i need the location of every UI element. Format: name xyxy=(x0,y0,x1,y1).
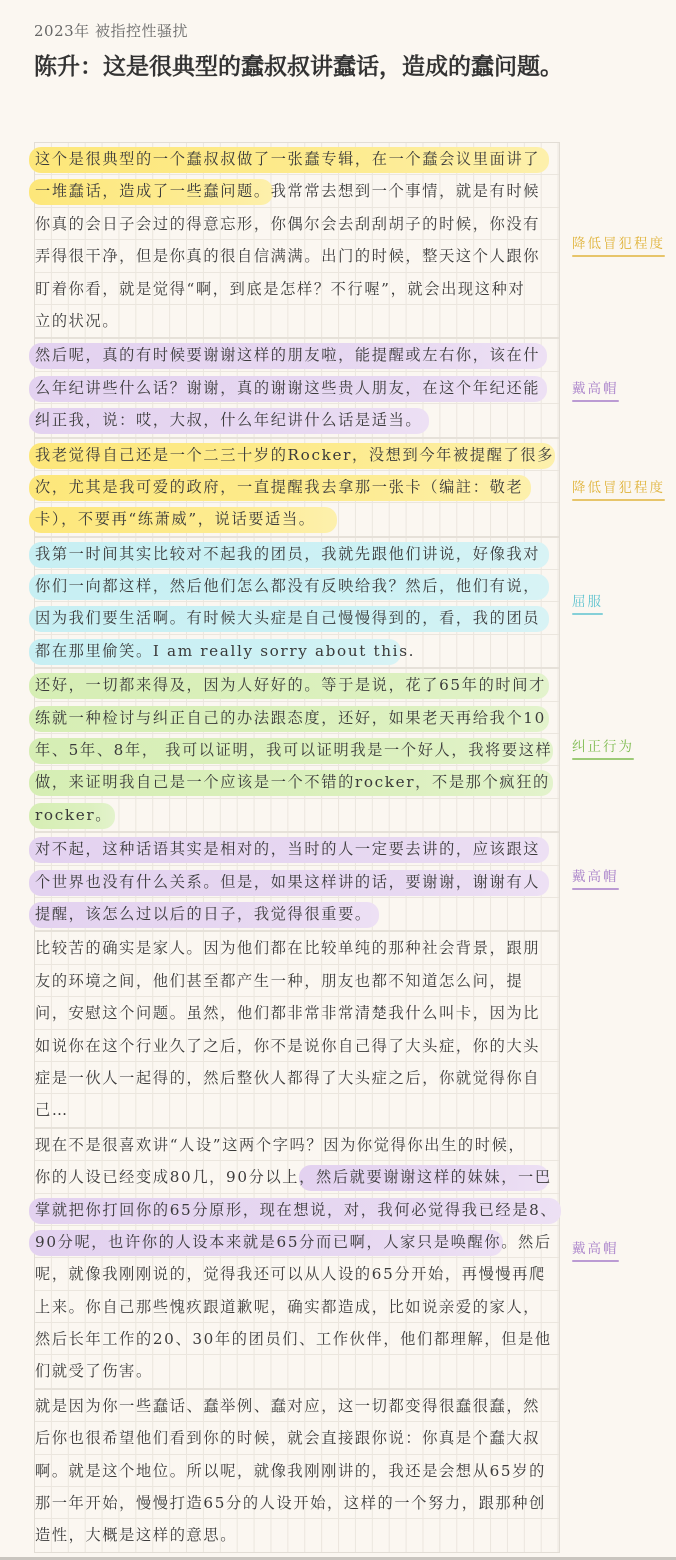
text-row: 一堆蠢话，造成了一些蠢问题。我常常去想到一个事情，就是有时候 xyxy=(35,175,559,207)
text-row: 这个是很典型的一个蠢叔叔做了一张蠢专辑，在一个蠢会议里面讲了 xyxy=(35,143,559,175)
paragraph-block: 这个是很典型的一个蠢叔叔做了一张蠢专辑，在一个蠢会议里面讲了一堆蠢话，造成了一些… xyxy=(35,143,559,339)
row-text: 弄得很干净，但是你真的很自信满满。出门的时候，整天这个人跟你 xyxy=(35,245,544,268)
row-text: 然后长年工作的20、30年的团员们、工作伙伴，他们都理解，但是他 xyxy=(35,1328,556,1351)
text-row: 卡），不要再“练萧威”，说话要适当。 xyxy=(35,503,559,535)
row-text: 练就一种检讨与纠正自己的办法跟态度，还好，如果老天再给我个10 xyxy=(35,707,550,730)
text-row: 造性，大概是这样的意思。 xyxy=(35,1519,559,1551)
row-text: 因为我们要生活啊。有时候大头症是自己慢慢得到的，看，我的团员 xyxy=(35,607,544,630)
row-text: 这个是很典型的一个蠢叔叔做了一张蠢专辑，在一个蠢会议里面讲了 xyxy=(35,148,544,171)
text-row: 纠正我，说：哎，大叔，什么年纪讲什么话是适当。 xyxy=(35,404,559,436)
text-row: rocker。 xyxy=(35,799,559,831)
text-row: 然后呢，真的有时候要谢谢这样的朋友啦，能提醒或左右你，该在什 xyxy=(35,339,559,371)
row-text: 造性，大概是这样的意思。 xyxy=(35,1524,241,1547)
manuscript-grid: 这个是很典型的一个蠢叔叔做了一张蠢专辑，在一个蠢会议里面讲了一堆蠢话，造成了一些… xyxy=(34,142,560,1553)
row-text: 后你也很希望他们看到你的时候，就会直接跟你说：你真是个蠢大叔 xyxy=(35,1427,544,1450)
text-row: 上来。你自己那些愧疚跟道歉呢，确实都造成，比如说亲爱的家人， xyxy=(35,1291,559,1323)
paragraph-block: 我老觉得自己还是一个二三十岁的Rocker，没想到今年被提醒了很多次，尤其是我可… xyxy=(35,439,559,538)
text-row: 然后长年工作的20、30年的团员们、工作伙伴，他们都理解，但是他 xyxy=(35,1323,559,1355)
text-row: 们就受了伤害。 xyxy=(35,1355,559,1387)
text-row: 都在那里偷笑。I am really sorry about this. xyxy=(35,635,559,667)
row-text: 做，来证明我自己是一个应该是一个不错的rocker，不是那个疯狂的 xyxy=(35,771,554,794)
annotation-tag: 降低冒犯程度 xyxy=(572,232,665,255)
text-row: 90分呢，也许你的人设本来就是65分而已啊，人家只是唤醒你。然后 xyxy=(35,1226,559,1258)
text-row: 啊。就是这个地位。所以呢，就像我刚刚讲的，我还是会想从65岁的 xyxy=(35,1455,559,1487)
row-text: 己… xyxy=(35,1099,73,1122)
paragraph-block: 我第一时间其实比较对不起我的团员，我就先跟他们讲说，好像我对你们一向都这样，然后… xyxy=(35,538,559,670)
text-row: 呢，就像我刚刚说的，觉得我还可以从人设的65分开始，再慢慢再爬 xyxy=(35,1258,559,1290)
text-row: 还好，一切都来得及，因为人好好的。等于是说，花了65年的时间才 xyxy=(35,669,559,701)
row-text: 症是一伙人一起得的，然后整伙人都得了大头症之后，你就觉得你自 xyxy=(35,1067,544,1090)
row-text: 我老觉得自己还是一个二三十岁的Rocker，没想到今年被提醒了很多 xyxy=(35,444,558,467)
row-text: 年、5年、8年， 我可以证明，我可以证明我是一个好人，我将要这样 xyxy=(35,739,556,762)
text-row: 友的环境之间，他们甚至都产生一种，朋友也都不知道怎么问，提 xyxy=(35,965,559,997)
row-text: 上来。你自己那些愧疚跟道歉呢，确实都造成，比如说亲爱的家人， xyxy=(35,1296,544,1319)
text-row: 现在不是很喜欢讲“人设”这两个字吗？因为你觉得你出生的时候， xyxy=(35,1129,559,1161)
row-text: 你真的会日子会过的得意忘形，你偶尔会去刮刮胡子的时候，你没有 xyxy=(35,213,544,236)
row-text: 卡），不要再“练萧威”，说话要适当。 xyxy=(35,508,320,531)
row-text: 纠正我，说：哎，大叔，什么年纪讲什么话是适当。 xyxy=(35,409,426,432)
row-text: 现在不是很喜欢讲“人设”这两个字吗？因为你觉得你出生的时候， xyxy=(35,1134,529,1157)
annotation-tag: 戴高帽 xyxy=(572,865,619,888)
row-text: 掌就把你打回你的65分原形，现在想说，对，我何必觉得我已经是8、 xyxy=(35,1199,561,1222)
text-row: 你真的会日子会过的得意忘形，你偶尔会去刮刮胡子的时候，你没有 xyxy=(35,208,559,240)
text-row: 掌就把你打回你的65分原形，现在想说，对，我何必觉得我已经是8、 xyxy=(35,1194,559,1226)
text-row: 你们一向都这样，然后他们怎么都没有反映给我？然后，他们有说， xyxy=(35,570,559,602)
paragraph-block: 就是因为你一些蠢话、蠢举例、蠢对应，这一切都变得很蠢很蠢，然后你也很希望他们看到… xyxy=(35,1390,559,1552)
annotation-tag: 纠正行为 xyxy=(572,735,634,758)
text-row: 比较苦的确实是家人。因为他们都在比较单纯的那种社会背景，跟朋 xyxy=(35,932,559,964)
text-row: 那一年开始，慢慢打造65分的人设开始，这样的一个努力，跟那种创 xyxy=(35,1487,559,1519)
row-text: 如说你在这个行业久了之后，你不是说你自己得了大头症，你的大头 xyxy=(35,1035,544,1058)
text-row: 次，尤其是我可爱的政府，一直提醒我去拿那一张卡（编註：敬老 xyxy=(35,471,559,503)
annotation-tag: 戴高帽 xyxy=(572,1237,619,1260)
row-text: 你们一向都这样，然后他们怎么都没有反映给我？然后，他们有说， xyxy=(35,575,544,598)
row-text: 提醒，该怎么过以后的日子，我觉得很重要。 xyxy=(35,903,376,926)
text-row: 做，来证明我自己是一个应该是一个不错的rocker，不是那个疯狂的 xyxy=(35,766,559,798)
paragraph-block: 对不起，这种话语其实是相对的，当时的人一定要去讲的，应该跟这个世界也没有什么关系… xyxy=(35,833,559,932)
row-text: 对不起，这种话语其实是相对的，当时的人一定要去讲的，应该跟这 xyxy=(35,838,544,861)
paragraph-block: 现在不是很喜欢讲“人设”这两个字吗？因为你觉得你出生的时候，你的人设已经变成80… xyxy=(35,1129,559,1390)
text-row: 练就一种检讨与纠正自己的办法跟态度，还好，如果老天再给我个10 xyxy=(35,702,559,734)
row-text: 个世界也没有什么关系。但是，如果这样讲的话，要谢谢，谢谢有人 xyxy=(35,871,544,894)
row-text: rocker。 xyxy=(35,804,116,827)
row-text: 90分呢，也许你的人设本来就是65分而已啊，人家只是唤醒你。然后 xyxy=(35,1231,556,1254)
row-text: 都在那里偷笑。I am really sorry about this. xyxy=(35,640,419,663)
row-text: 我第一时间其实比较对不起我的团员，我就先跟他们讲说，好像我对 xyxy=(35,543,544,566)
row-text: 然后呢，真的有时候要谢谢这样的朋友啦，能提醒或左右你，该在什 xyxy=(35,344,544,367)
paragraph-block: 比较苦的确实是家人。因为他们都在比较单纯的那种社会背景，跟朋友的环境之间，他们甚… xyxy=(35,932,559,1128)
text-row: 己… xyxy=(35,1094,559,1126)
text-row: 对不起，这种话语其实是相对的，当时的人一定要去讲的，应该跟这 xyxy=(35,833,559,865)
text-row: 盯着你看，就是觉得“啊，到底是怎样？不行喔”，就会出现这种对 xyxy=(35,273,559,305)
text-row: 年、5年、8年， 我可以证明，我可以证明我是一个好人，我将要这样 xyxy=(35,734,559,766)
kicker: 2023年 被指控性骚扰 xyxy=(34,20,188,41)
row-text: 么年纪讲些什么话？谢谢，真的谢谢这些贵人朋友，在这个年纪还能 xyxy=(35,377,544,400)
row-text: 就是因为你一些蠢话、蠢举例、蠢对应，这一切都变得很蠢很蠢，然 xyxy=(35,1395,544,1418)
row-text: 啊。就是这个地位。所以呢，就像我刚刚讲的，我还是会想从65岁的 xyxy=(35,1460,550,1483)
text-row: 个世界也没有什么关系。但是，如果这样讲的话，要谢谢，谢谢有人 xyxy=(35,866,559,898)
row-text: 一堆蠢话，造成了一些蠢问题。我常常去想到一个事情，就是有时候 xyxy=(35,180,544,203)
row-text: 问，安慰这个问题。虽然，他们都非常非常清楚我什么叫卡，因为比 xyxy=(35,1002,544,1025)
text-row: 如说你在这个行业久了之后，你不是说你自己得了大头症，你的大头 xyxy=(35,1030,559,1062)
row-text: 们就受了伤害。 xyxy=(35,1360,157,1383)
row-text: 还好，一切都来得及，因为人好好的。等于是说，花了65年的时间才 xyxy=(35,674,550,697)
page-title: 陈升：这是很典型的蠢叔叔讲蠢话，造成的蠢问题。 xyxy=(34,52,574,81)
paragraph-block: 然后呢，真的有时候要谢谢这样的朋友啦，能提醒或左右你，该在什么年纪讲些什么话？谢… xyxy=(35,339,559,438)
text-row: 我老觉得自己还是一个二三十岁的Rocker，没想到今年被提醒了很多 xyxy=(35,439,559,471)
text-row: 你的人设已经变成80几，90分以上，然后就要谢谢这样的妹妹，一巴 xyxy=(35,1161,559,1193)
text-row: 么年纪讲些什么话？谢谢，真的谢谢这些贵人朋友，在这个年纪还能 xyxy=(35,372,559,404)
row-text: 那一年开始，慢慢打造65分的人设开始，这样的一个努力，跟那种创 xyxy=(35,1492,550,1515)
row-text: 比较苦的确实是家人。因为他们都在比较单纯的那种社会背景，跟朋 xyxy=(35,937,544,960)
text-row: 问，安慰这个问题。虽然，他们都非常非常清楚我什么叫卡，因为比 xyxy=(35,997,559,1029)
row-text: 呢，就像我刚刚说的，觉得我还可以从人设的65分开始，再慢慢再爬 xyxy=(35,1263,550,1286)
annotation-tag: 降低冒犯程度 xyxy=(572,476,665,499)
annotation-tag: 屈服 xyxy=(572,590,603,613)
row-text: 次，尤其是我可爱的政府，一直提醒我去拿那一张卡（编註：敬老 xyxy=(35,476,527,499)
text-row: 弄得很干净，但是你真的很自信满满。出门的时候，整天这个人跟你 xyxy=(35,240,559,272)
row-text: 友的环境之间，他们甚至都产生一种，朋友也都不知道怎么问，提 xyxy=(35,970,527,993)
text-row: 症是一伙人一起得的，然后整伙人都得了大头症之后，你就觉得你自 xyxy=(35,1062,559,1094)
row-text: 你的人设已经变成80几，90分以上，然后就要谢谢这样的妹妹，一巴 xyxy=(35,1166,556,1189)
text-row: 我第一时间其实比较对不起我的团员，我就先跟他们讲说，好像我对 xyxy=(35,538,559,570)
text-row: 后你也很希望他们看到你的时候，就会直接跟你说：你真是个蠢大叔 xyxy=(35,1422,559,1454)
annotation-tag: 戴高帽 xyxy=(572,377,619,400)
text-row: 因为我们要生活啊。有时候大头症是自己慢慢得到的，看，我的团员 xyxy=(35,602,559,634)
row-text: 立的状况。 xyxy=(35,310,123,333)
paragraph-block: 还好，一切都来得及，因为人好好的。等于是说，花了65年的时间才练就一种检讨与纠正… xyxy=(35,669,559,833)
text-row: 立的状况。 xyxy=(35,305,559,337)
row-text: 盯着你看，就是觉得“啊，到底是怎样？不行喔”，就会出现这种对 xyxy=(35,278,529,301)
text-row: 提醒，该怎么过以后的日子，我觉得很重要。 xyxy=(35,898,559,930)
text-row: 就是因为你一些蠢话、蠢举例、蠢对应，这一切都变得很蠢很蠢，然 xyxy=(35,1390,559,1422)
